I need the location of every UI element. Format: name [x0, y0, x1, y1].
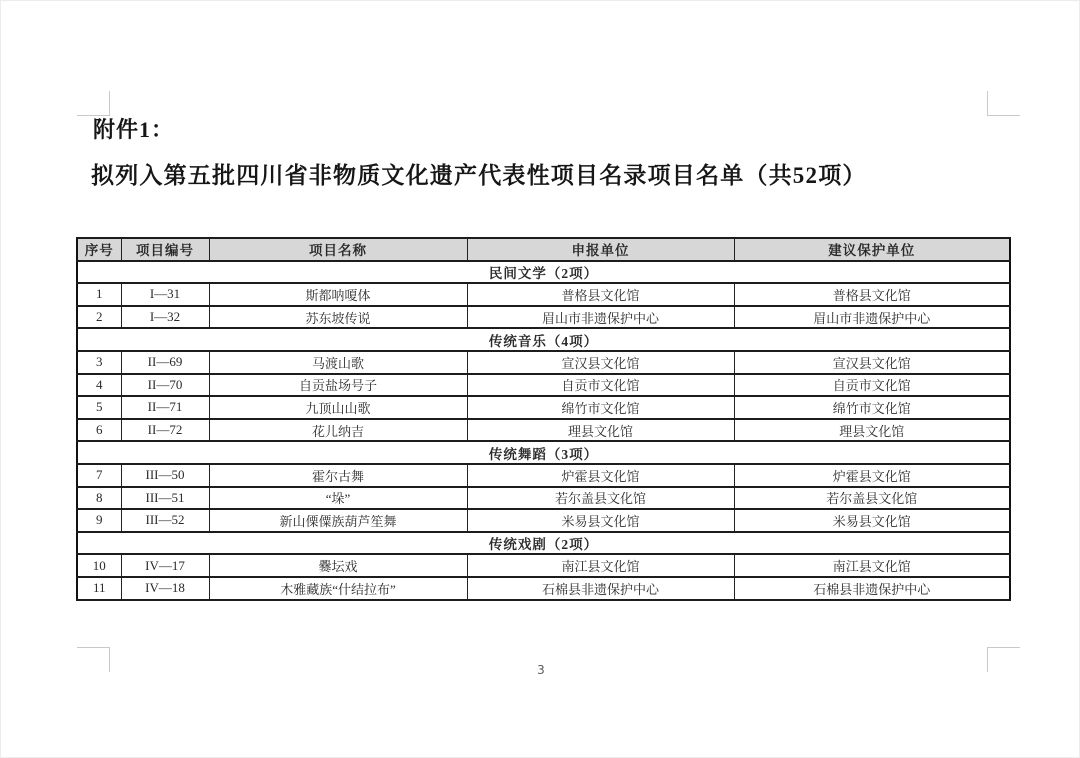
cell-code: II—71	[121, 396, 209, 419]
table-row: 2I—32苏东坡传说眉山市非遗保护中心眉山市非遗保护中心	[77, 306, 1010, 329]
document-title: 拟列入第五批四川省非物质文化遗产代表性项目名录项目名单（共52项）	[91, 157, 1006, 190]
section-header-row: 传统舞蹈（3项）	[77, 441, 1010, 464]
cell-code: II—70	[121, 374, 209, 397]
cell-protector: 自贡市文化馆	[734, 374, 1010, 397]
cell-applicant: 自贡市文化馆	[467, 374, 734, 397]
column-header-protector: 建议保护单位	[734, 238, 1010, 261]
cell-serial: 8	[77, 487, 121, 510]
cell-applicant: 宣汉县文化馆	[467, 351, 734, 374]
cell-applicant: 米易县文化馆	[467, 509, 734, 532]
cell-protector: 石棉县非遗保护中心	[734, 577, 1010, 600]
text-boundary-mark-top-right	[987, 91, 1020, 116]
column-header-applicant: 申报单位	[467, 238, 734, 261]
column-header-name: 项目名称	[209, 238, 467, 261]
cell-name: 木雅藏族“什结拉布”	[209, 577, 467, 600]
cell-code: IV—18	[121, 577, 209, 600]
cell-code: II—69	[121, 351, 209, 374]
cell-protector: 理县文化馆	[734, 419, 1010, 442]
cell-name: 新山傈僳族葫芦笙舞	[209, 509, 467, 532]
cell-name: 苏东坡传说	[209, 306, 467, 329]
section-title: 传统戏剧（2项）	[77, 532, 1010, 555]
cell-protector: 眉山市非遗保护中心	[734, 306, 1010, 329]
cell-applicant: 南江县文化馆	[467, 554, 734, 577]
table-row: 3II—69马渡山歌宣汉县文化馆宣汉县文化馆	[77, 351, 1010, 374]
cell-name: 爨坛戏	[209, 554, 467, 577]
column-header-serial: 序号	[77, 238, 121, 261]
section-title: 传统舞蹈（3项）	[77, 441, 1010, 464]
cell-code: III—51	[121, 487, 209, 510]
cell-protector: 炉霍县文化馆	[734, 464, 1010, 487]
cell-serial: 4	[77, 374, 121, 397]
cell-applicant: 炉霍县文化馆	[467, 464, 734, 487]
cell-applicant: 石棉县非遗保护中心	[467, 577, 734, 600]
section-header-row: 民间文学（2项）	[77, 261, 1010, 284]
table-row: 4II—70自贡盐场号子自贡市文化馆自贡市文化馆	[77, 374, 1010, 397]
cell-serial: 11	[77, 577, 121, 600]
cell-name: 自贡盐场号子	[209, 374, 467, 397]
cell-code: III—50	[121, 464, 209, 487]
cell-protector: 米易县文化馆	[734, 509, 1010, 532]
section-title: 传统音乐（4项）	[77, 328, 1010, 351]
cell-applicant: 眉山市非遗保护中心	[467, 306, 734, 329]
attachment-label: 附件1：	[93, 113, 174, 144]
table-row: 10IV—17爨坛戏南江县文化馆南江县文化馆	[77, 554, 1010, 577]
section-header-row: 传统音乐（4项）	[77, 328, 1010, 351]
cell-serial: 2	[77, 306, 121, 329]
table-row: 8III—51“垛”若尔盖县文化馆若尔盖县文化馆	[77, 487, 1010, 510]
page-number: 3	[1, 663, 1080, 677]
cell-name: 九顶山山歌	[209, 396, 467, 419]
table-row: 9III—52新山傈僳族葫芦笙舞米易县文化馆米易县文化馆	[77, 509, 1010, 532]
section-header-row: 传统戏剧（2项）	[77, 532, 1010, 555]
cell-applicant: 理县文化馆	[467, 419, 734, 442]
cell-protector: 宣汉县文化馆	[734, 351, 1010, 374]
cell-protector: 绵竹市文化馆	[734, 396, 1010, 419]
cell-serial: 6	[77, 419, 121, 442]
cell-applicant: 普格县文化馆	[467, 283, 734, 306]
table-row: 7III—50霍尔古舞炉霍县文化馆炉霍县文化馆	[77, 464, 1010, 487]
cell-serial: 1	[77, 283, 121, 306]
table-row: 1I—31斯都呐嗄体普格县文化馆普格县文化馆	[77, 283, 1010, 306]
cell-serial: 7	[77, 464, 121, 487]
cell-protector: 普格县文化馆	[734, 283, 1010, 306]
cell-name: 斯都呐嗄体	[209, 283, 467, 306]
cell-name: 霍尔古舞	[209, 464, 467, 487]
document-page: 附件1： 拟列入第五批四川省非物质文化遗产代表性项目名录项目名单（共52项） 序…	[0, 0, 1080, 758]
cell-applicant: 若尔盖县文化馆	[467, 487, 734, 510]
cell-serial: 3	[77, 351, 121, 374]
cell-serial: 10	[77, 554, 121, 577]
cell-code: I—32	[121, 306, 209, 329]
cell-serial: 5	[77, 396, 121, 419]
table-body: 民间文学（2项）1I—31斯都呐嗄体普格县文化馆普格县文化馆2I—32苏东坡传说…	[77, 261, 1010, 600]
cell-serial: 9	[77, 509, 121, 532]
cell-protector: 若尔盖县文化馆	[734, 487, 1010, 510]
cell-applicant: 绵竹市文化馆	[467, 396, 734, 419]
cell-name: 花儿纳吉	[209, 419, 467, 442]
section-title: 民间文学（2项）	[77, 261, 1010, 284]
table-row: 6II—72花儿纳吉理县文化馆理县文化馆	[77, 419, 1010, 442]
cell-name: “垛”	[209, 487, 467, 510]
column-header-code: 项目编号	[121, 238, 209, 261]
cell-code: III—52	[121, 509, 209, 532]
cell-code: IV—17	[121, 554, 209, 577]
table-header-row: 序号 项目编号 项目名称 申报单位 建议保护单位	[77, 238, 1010, 261]
table-row: 5II—71九顶山山歌绵竹市文化馆绵竹市文化馆	[77, 396, 1010, 419]
heritage-project-table: 序号 项目编号 项目名称 申报单位 建议保护单位 民间文学（2项）1I—31斯都…	[76, 237, 1011, 601]
cell-name: 马渡山歌	[209, 351, 467, 374]
cell-code: I—31	[121, 283, 209, 306]
cell-code: II—72	[121, 419, 209, 442]
table-row: 11IV—18木雅藏族“什结拉布”石棉县非遗保护中心石棉县非遗保护中心	[77, 577, 1010, 600]
cell-protector: 南江县文化馆	[734, 554, 1010, 577]
